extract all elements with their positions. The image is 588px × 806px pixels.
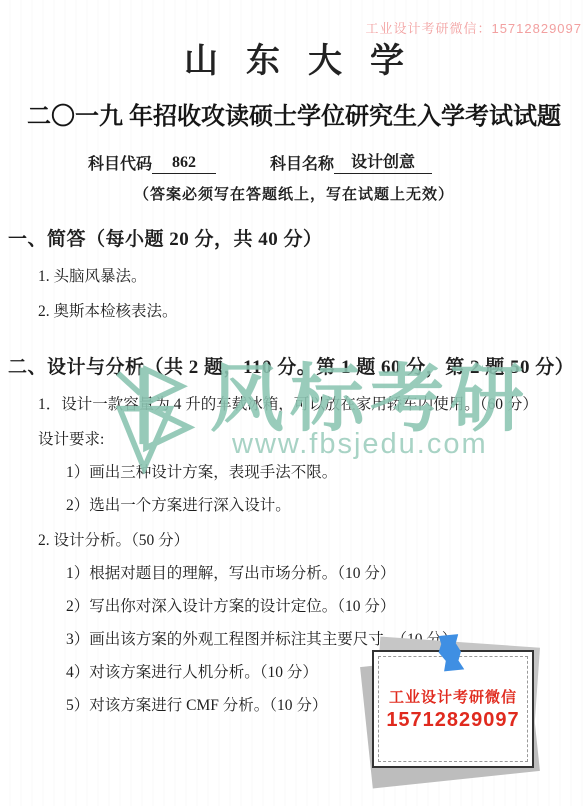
contact-wechat-number: 15712829097 [386,709,519,732]
exam-year-title: 二〇一九 年招收攻读硕士学位研究生入学考试试题 [8,96,580,131]
design-requirements-label: 设计要求: [38,431,588,449]
contact-wechat-label: 工业设计考研微信 [389,686,517,707]
corner-watermark-text: 工业设计考研微信：15712829097 [365,18,582,37]
exam-paper: 工业设计考研微信：15712829097 山东大学 二〇一九 年招收攻读硕士学位… [0,0,588,806]
contact-note-card: 工业设计考研微信 15712829097 [372,650,534,768]
section-2-question-2: 2. 设计分析。（50 分） [38,532,588,550]
section-1-heading: 一、简答（每小题 20 分，共 40 分） [8,224,588,251]
section-2-question-1: 1．设计一款容量为 4 升的车载冰箱，可以放在家用轿车内使用。（60 分） [38,396,588,414]
requirement-1: 1）画出三种设计方案，表现手法不限。 [66,464,588,482]
subject-name-label: 科目名称 [270,151,334,174]
subject-code-label: 科目代码 [88,151,152,174]
section-1-item-1: 1. 头脑风暴法。 [38,268,588,286]
analysis-item-1: 1）根据对题目的理解，写出市场分析。（10 分） [66,565,588,583]
requirement-2: 2）选出一个方案进行深入设计。 [66,497,588,515]
analysis-item-2: 2）写出你对深入设计方案的设计定位。（10 分） [66,598,588,616]
university-title: 山东大学 [0,33,588,82]
section-1-item-2: 2. 奥斯本检核表法。 [38,303,588,321]
subject-code-value: 862 [152,154,216,174]
subject-info-row: 科目代码 862 科目名称 设计创意 [88,149,588,174]
subject-name-value: 设计创意 [334,149,432,174]
answer-notice: （答案必须写在答题纸上，写在试题上无效） [0,183,588,204]
section-2-heading: 二、设计与分析（共 2 题，110 分。第 1 题 60 分，第 2 题 50 … [8,352,588,379]
